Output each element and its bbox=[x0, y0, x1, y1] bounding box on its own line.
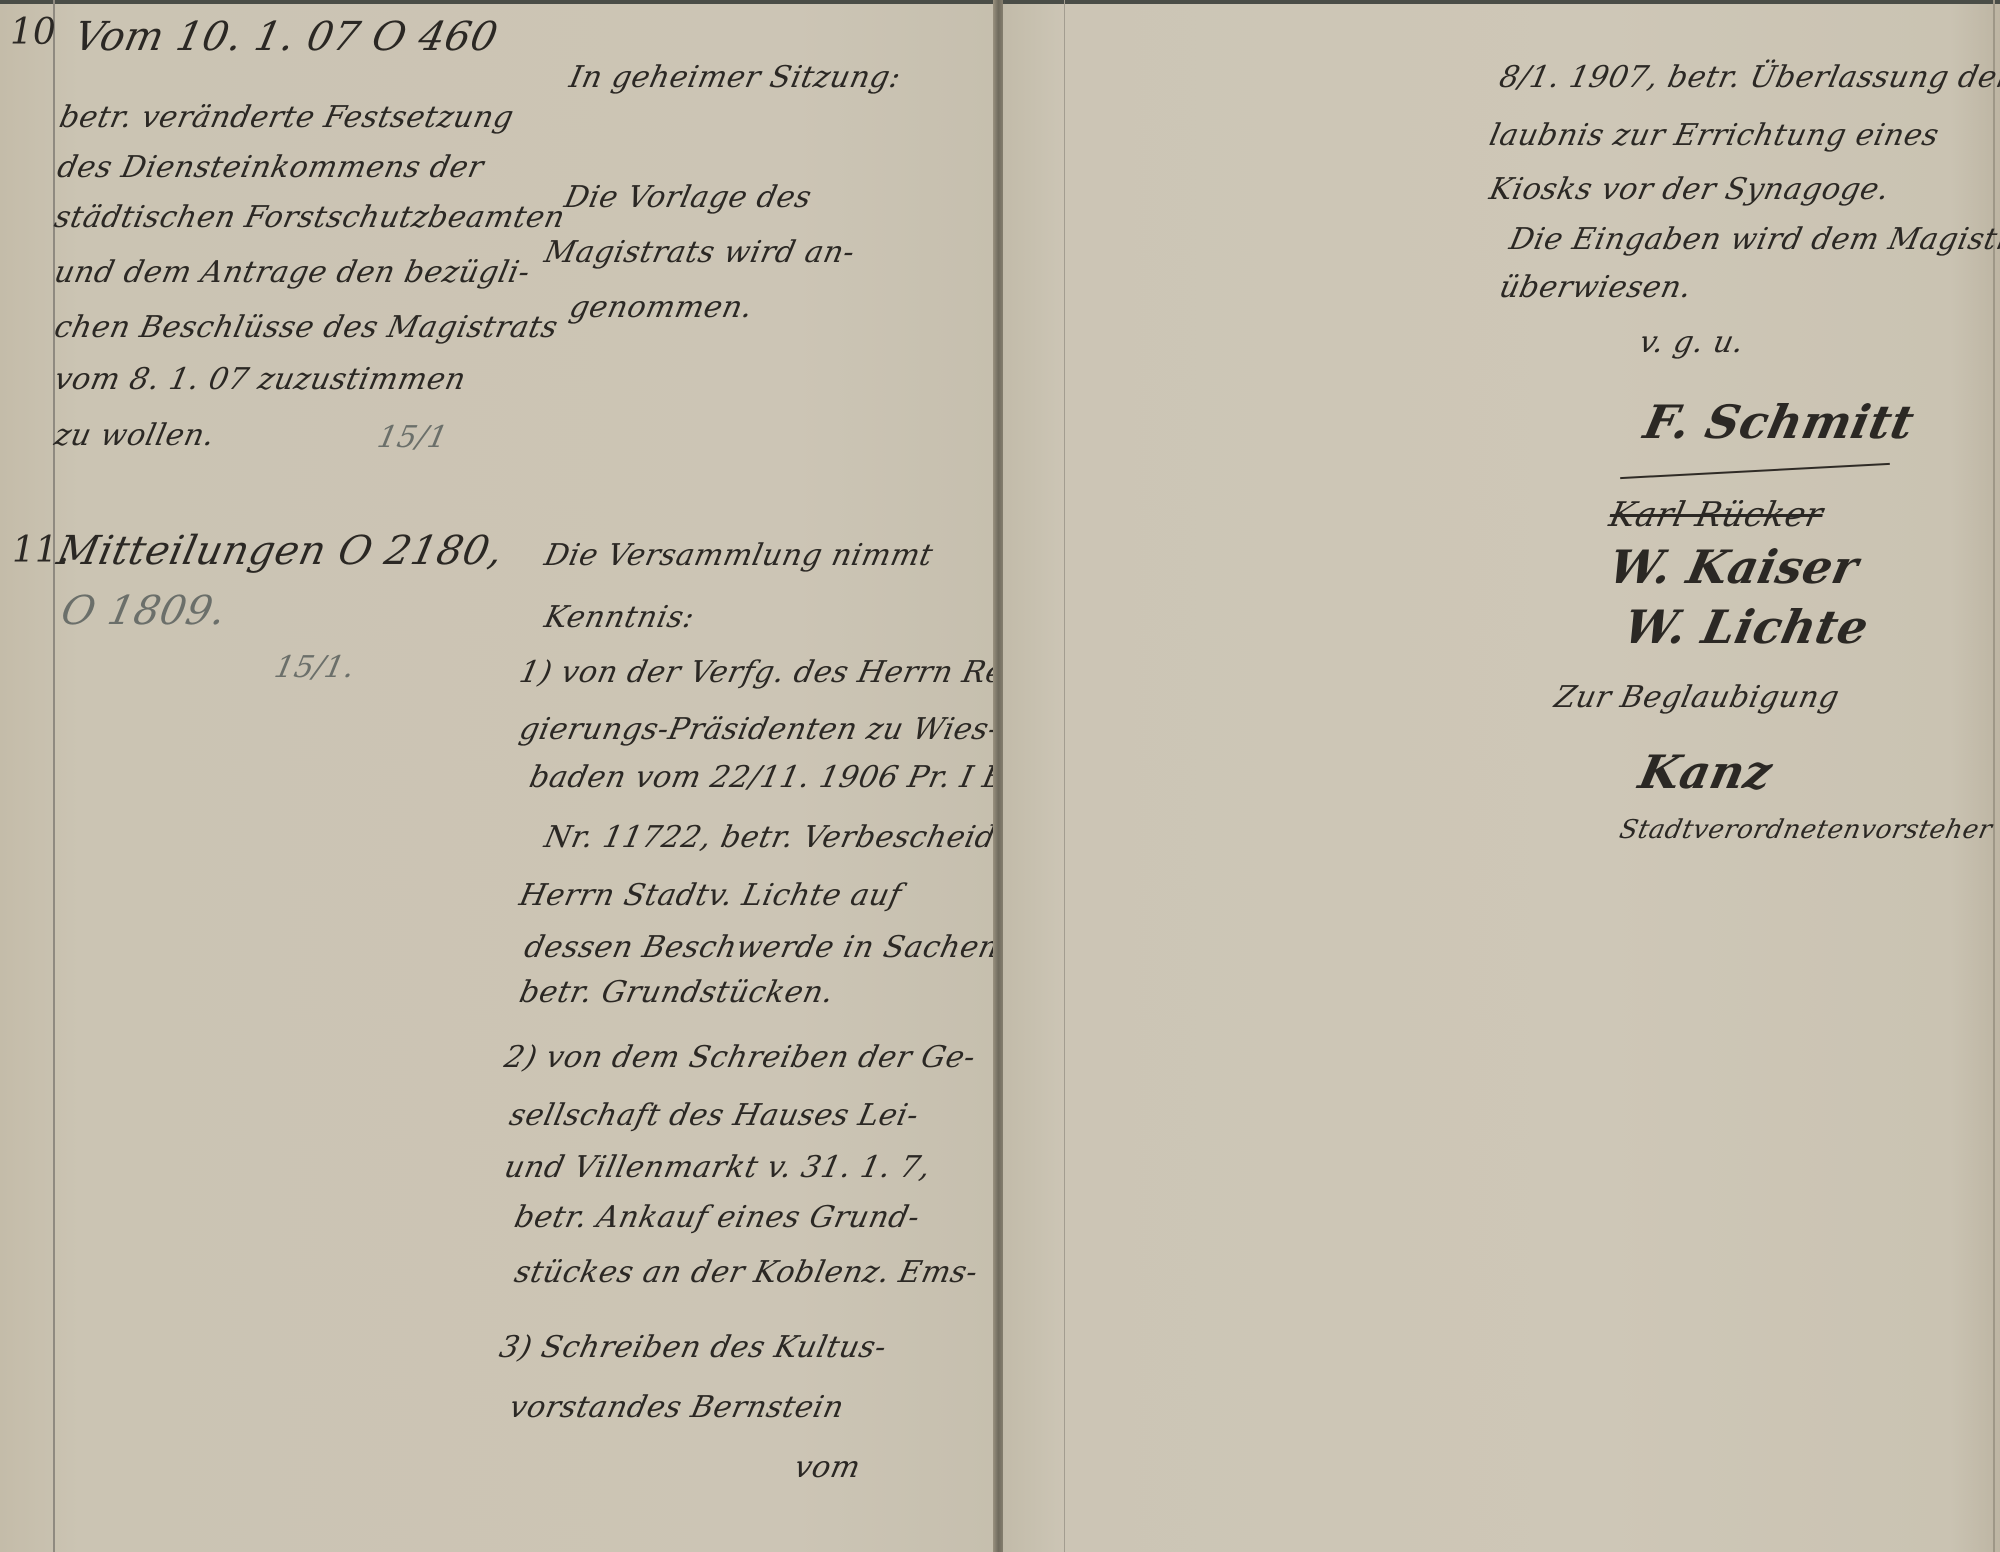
item-11-resolution-15: 3) Schreiben des Kultus- bbox=[496, 1330, 889, 1365]
item-11-resolution-7: Herrn Stadtv. Lichte auf bbox=[516, 878, 904, 913]
item-11-resolution-3: 1) von der Verfg. des Herrn Re- bbox=[516, 655, 1018, 690]
signature-kaiser: W. Kaiser bbox=[1604, 540, 1863, 594]
closing-formula: v. g. u. bbox=[1636, 325, 1747, 360]
item-11-resolution-17: vom bbox=[791, 1450, 863, 1485]
certification-label: Zur Beglaubigung bbox=[1551, 680, 1842, 715]
item-11-resolution-1: Die Versammlung nimmt bbox=[541, 538, 936, 573]
right-page-inner-rule bbox=[1064, 0, 1065, 1552]
item-11-resolution-14: stückes an der Koblenz. Ems- bbox=[511, 1255, 981, 1290]
item-10-resolution-2: Die Vorlage des bbox=[561, 180, 815, 215]
item-10-line-5: und dem Antrage den bezügli- bbox=[51, 255, 533, 290]
signature-lichte: W. Lichte bbox=[1619, 600, 1873, 654]
item-10-pencil-note: 15/1 bbox=[374, 420, 451, 455]
certification-title: Stadtverordnetenvorsteher bbox=[1617, 815, 1995, 845]
item-10-line-2: betr. veränderte Festsetzung bbox=[56, 100, 517, 135]
item-10-resolution-1: In geheimer Sitzung: bbox=[566, 60, 904, 95]
item-11-resolution-12: und Villenmarkt v. 31. 1. 7, bbox=[501, 1150, 934, 1185]
item-11-line-2: O 1809. bbox=[57, 588, 230, 634]
signature-schmitt: F. Schmitt bbox=[1639, 395, 1919, 449]
item-11-resolution-10: 2) von dem Schreiben der Ge- bbox=[501, 1040, 978, 1075]
item-11-resolution-9: betr. Grundstücken. bbox=[516, 975, 837, 1010]
item-11-resolution-6: Nr. 11722, betr. Verbescheid an bbox=[541, 820, 1047, 855]
item-11-resolution-5: baden vom 22/11. 1906 Pr. I B bbox=[526, 760, 1009, 795]
item-11-resolution-2: Kenntnis: bbox=[541, 600, 697, 635]
item-11-resolution-8: dessen Beschwerde in Sachen bbox=[521, 930, 1002, 965]
signature-ruecker: Karl Rücker bbox=[1606, 495, 1827, 535]
item-11-pencil-note: 15/1. bbox=[271, 650, 358, 685]
continuation-line-1: 8/1. 1907, betr. Überlassung der Er- bbox=[1496, 60, 2000, 95]
item-10-line-7: vom 8. 1. 07 zuzustimmen bbox=[51, 362, 469, 397]
continuation-line-3: Kiosks vor der Synagoge. bbox=[1486, 172, 1892, 207]
continuation-line-2: laubnis zur Errichtung eines bbox=[1486, 118, 1942, 153]
continuation-line-4: Die Eingaben wird dem Magistrat bbox=[1506, 222, 2000, 257]
item-number-10: 10 bbox=[10, 12, 56, 53]
continuation-line-5: überwiesen. bbox=[1496, 270, 1695, 305]
item-10-resolution-4: genommen. bbox=[566, 290, 756, 325]
item-11-resolution-16: vorstandes Bernstein bbox=[506, 1390, 847, 1425]
right-page-top-edge bbox=[1003, 0, 2000, 4]
item-10-line-4: städtischen Forstschutzbeamten bbox=[51, 200, 568, 235]
item-11-line-1: Mitteilungen O 2180, bbox=[53, 528, 507, 574]
item-11-resolution-4: gierungs-Präsidenten zu Wies- bbox=[516, 712, 1002, 747]
item-11-resolution-13: betr. Ankauf eines Grund- bbox=[511, 1200, 923, 1235]
item-10-line-6: chen Beschlüsse des Magistrats bbox=[51, 310, 561, 345]
certification-signature: Kanz bbox=[1634, 745, 1777, 799]
item-10-resolution-3: Magistrats wird an- bbox=[541, 235, 858, 270]
item-10-line-1: Vom 10. 1. 07 O 460 bbox=[70, 14, 502, 60]
item-11-resolution-11: sellschaft des Hauses Lei- bbox=[506, 1098, 922, 1133]
item-10-line-3: des Diensteinkommens der bbox=[54, 150, 487, 185]
left-page-top-edge bbox=[0, 0, 995, 4]
ledger-spread: 10 Vom 10. 1. 07 O 460 betr. veränderte … bbox=[0, 0, 2000, 1552]
item-10-line-8: zu wollen. bbox=[51, 418, 218, 453]
